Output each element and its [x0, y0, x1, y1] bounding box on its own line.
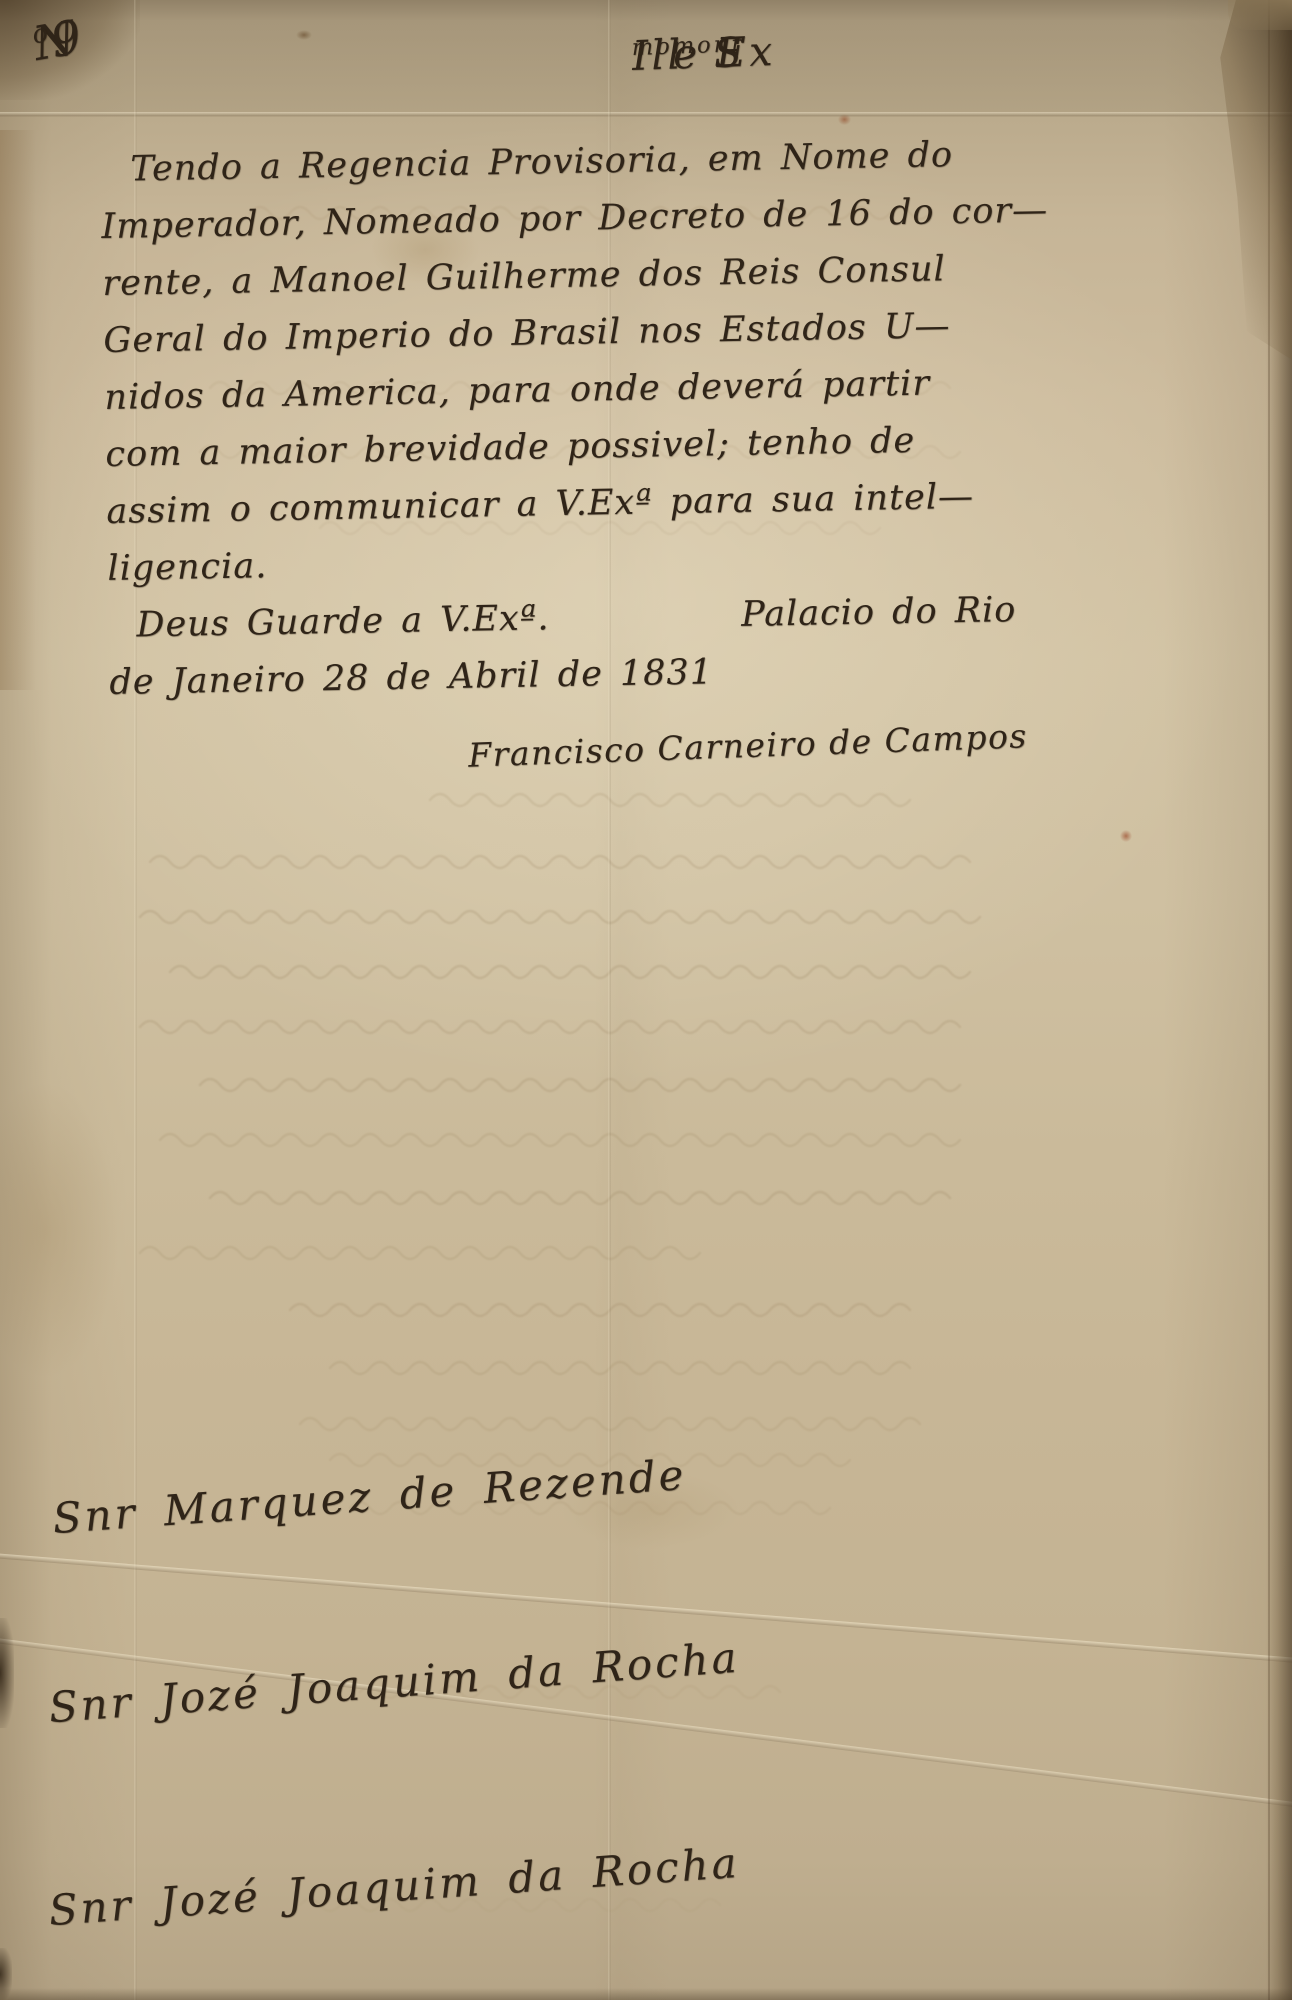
folded-corner-top-right [1228, 0, 1292, 30]
manuscript-page: No 9 Illmo e Exmo Snr Tendo a Regencia P… [0, 0, 1292, 2000]
fold-crease-horizontal [0, 112, 1292, 117]
place-of-issue: Palacio do Rio [741, 582, 1017, 644]
letter-body: Tendo a Regencia Provisoria, em Nome do … [100, 126, 1020, 712]
dark-mark-left [0, 1948, 12, 2000]
dark-mark-left [0, 1618, 14, 1728]
page-edge-bottom [0, 1988, 1292, 2000]
valediction: Deus Guarde a V.Exª. [136, 590, 550, 654]
salutation: Illmo e Exmo Snr [631, 28, 746, 80]
